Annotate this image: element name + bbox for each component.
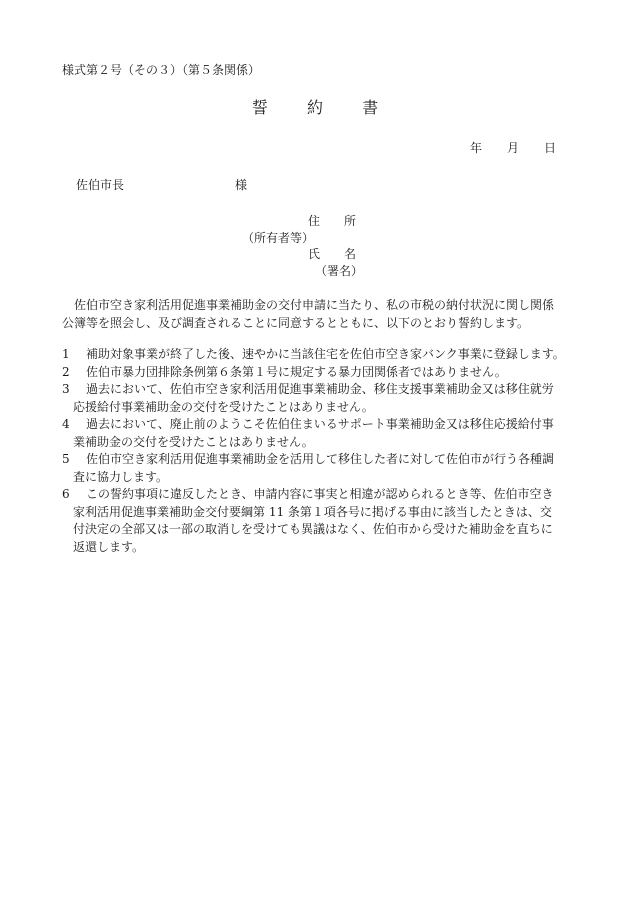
pledge-item-3: 3過去において、佐伯市空き家利活用促進事業補助金、移住支援事業補助金又は移住就労 xyxy=(62,380,592,398)
intro-line: 佐伯市空き家利活用促進事業補助金の交付申請に当たり、私の市税の納付状況に関し関係 xyxy=(62,296,582,314)
date-line: 年月日 xyxy=(470,139,556,157)
pledge-item-1: 1補助対象事業が終了した後、速やかに当該住宅を佐伯市空き家バンク事業に登録します… xyxy=(62,345,592,363)
date-month: 月 xyxy=(507,139,519,157)
name-label: 氏 名 xyxy=(308,245,356,263)
pledge-item-2: 2佐伯市暴力団排除条例第６条第１号に規定する暴力団関係者ではありません。 xyxy=(62,363,592,381)
item-number: 2 xyxy=(62,363,86,381)
form-number: 様式第２号（その３）（第５条関係） xyxy=(62,61,260,79)
document-title: 誓 約 書 xyxy=(0,99,630,117)
pledge-item-6: 6この誓約事項に違反したとき、申請内容に事実と相違が認められるとき等、佐伯市空き xyxy=(62,485,592,503)
date-day: 日 xyxy=(544,139,556,157)
title-char: 誓 xyxy=(252,99,268,117)
title-char: 約 xyxy=(307,99,323,117)
owner-label: （所有者等） xyxy=(242,229,314,247)
item-number: 5 xyxy=(62,450,86,468)
pledge-list: 1補助対象事業が終了した後、速やかに当該住宅を佐伯市空き家バンク事業に登録します… xyxy=(62,345,592,555)
item-number: 1 xyxy=(62,345,86,363)
pledge-item-5: 5佐伯市空き家利活用促進事業補助金を活用して移住した者に対して佐伯市が行う各種調 xyxy=(62,450,592,468)
item-text: 過去において、廃止前のようこそ佐伯住まいるサポート事業補助金又は移住応援給付事 xyxy=(86,417,554,431)
pledge-item-6-cont: 家利活用促進事業補助金交付要綱第 11 条第１項各号に掲げる事由に該当したときは… xyxy=(62,503,592,521)
address-label: 住 所 xyxy=(308,212,356,230)
item-text: 補助対象事業が終了した後、速やかに当該住宅を佐伯市空き家バンク事業に登録します。 xyxy=(86,347,565,361)
date-year: 年 xyxy=(470,139,482,157)
pledge-item-4-cont: 業補助金の交付を受けたことはありません。 xyxy=(62,433,592,451)
honorific: 様 xyxy=(235,176,247,194)
item-text: 過去において、佐伯市空き家利活用促進事業補助金、移住支援事業補助金又は移住就労 xyxy=(86,382,554,396)
pledge-item-6-cont: 返還します。 xyxy=(62,538,592,556)
item-number: 4 xyxy=(62,415,86,433)
item-text: 佐伯市空き家利活用促進事業補助金を活用して移住した者に対して佐伯市が行う各種調 xyxy=(86,452,554,466)
addressee: 佐伯市長 xyxy=(76,176,124,194)
pledge-item-3-cont: 応援給付事業補助金の交付を受けたことはありません。 xyxy=(62,398,592,416)
pledge-item-5-cont: 査に協力します。 xyxy=(62,468,592,486)
item-text: この誓約事項に違反したとき、申請内容に事実と相違が認められるとき等、佐伯市空き xyxy=(86,487,554,501)
signature-label: （署名） xyxy=(315,262,363,280)
item-number: 6 xyxy=(62,485,86,503)
intro-line: 公簿等を照会し、及び調査されることに同意するとともに、以下のとおり誓約します。 xyxy=(62,314,582,332)
title-char: 書 xyxy=(362,99,378,117)
item-number: 3 xyxy=(62,380,86,398)
item-text: 佐伯市暴力団排除条例第６条第１号に規定する暴力団関係者ではありません。 xyxy=(86,365,507,379)
pledge-item-6-cont: 付決定の全部又は一部の取消しを受けても異議はなく、佐伯市から受けた補助金を直ちに xyxy=(62,520,592,538)
intro-paragraph: 佐伯市空き家利活用促進事業補助金の交付申請に当たり、私の市税の納付状況に関し関係… xyxy=(62,296,582,332)
pledge-item-4: 4過去において、廃止前のようこそ佐伯住まいるサポート事業補助金又は移住応援給付事 xyxy=(62,415,592,433)
